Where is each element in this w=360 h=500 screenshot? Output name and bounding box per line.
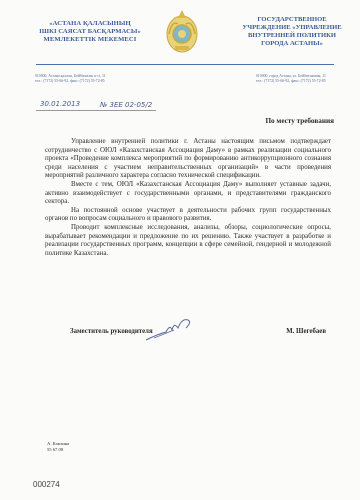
org-line: УЧРЕЖДЕНИЕ «УПРАВЛЕНИЕ (232, 24, 352, 32)
org-name-russian: ГОСУДАРСТВЕННОЕ УЧРЕЖДЕНИЕ «УПРАВЛЕНИЕ В… (232, 16, 352, 48)
executor-info: А. Камзина 55 67 08 (47, 441, 69, 453)
executor-phone: 55 67 08 (47, 447, 69, 453)
signatory-name: М. Шегебаев (286, 328, 326, 335)
org-line: ВНУТРЕННЕЙ ПОЛИТИКИ (232, 32, 352, 40)
org-name-kazakh: «АСТАНА ҚАЛАСЫНЫҢ ІШКІ САЯСАТ БАСҚАРМАСЫ… (20, 20, 160, 44)
org-line: ГОСУДАРСТВЕННОЕ (232, 16, 352, 24)
letter-body: Управление внутренней политики г. Астаны… (45, 138, 331, 258)
handwritten-signature-icon (144, 314, 196, 344)
recipient: По месту требования (265, 117, 334, 125)
address-line: тел.: (7172) 55-66-92, факс: (7172) 55-7… (256, 79, 356, 84)
header-divider (36, 64, 334, 65)
registration-number: 000274 (33, 480, 60, 489)
paragraph: Проводит комплексные исследования, анали… (45, 224, 331, 258)
handwritten-ref-number: № 3ЕЕ 02-05/2 (100, 101, 152, 109)
org-line: «АСТАНА ҚАЛАСЫНЫҢ (20, 20, 160, 28)
org-line: МЕМЛЕКЕТТІК МЕКЕМЕСІ (20, 36, 160, 44)
paragraph: На постоянной основе участвует в деятель… (45, 207, 331, 224)
state-emblem-icon (166, 8, 198, 56)
date-underline (36, 110, 156, 111)
address-kazakh: 010000, Астана қаласы, Бейбітшілік к-сі,… (35, 74, 165, 84)
org-line: ІШКІ САЯСАТ БАСҚАРМАСЫ» (20, 28, 160, 36)
signatory-title: Заместитель руководителя (70, 328, 153, 335)
address-russian: 010000, город Астана, ул. Бейбитшилик, 1… (256, 74, 356, 84)
address-line: тел.: (7172) 55-66-92, факс: (7172) 55-7… (35, 79, 165, 84)
handwritten-date: 30.01.2013 (40, 100, 80, 108)
paragraph: Вместе с тем, ОЮЛ «Казахстанская Ассоциа… (45, 181, 331, 207)
paragraph: Управление внутренней политики г. Астаны… (45, 138, 331, 181)
org-line: ГОРОДА АСТАНЫ» (232, 40, 352, 48)
